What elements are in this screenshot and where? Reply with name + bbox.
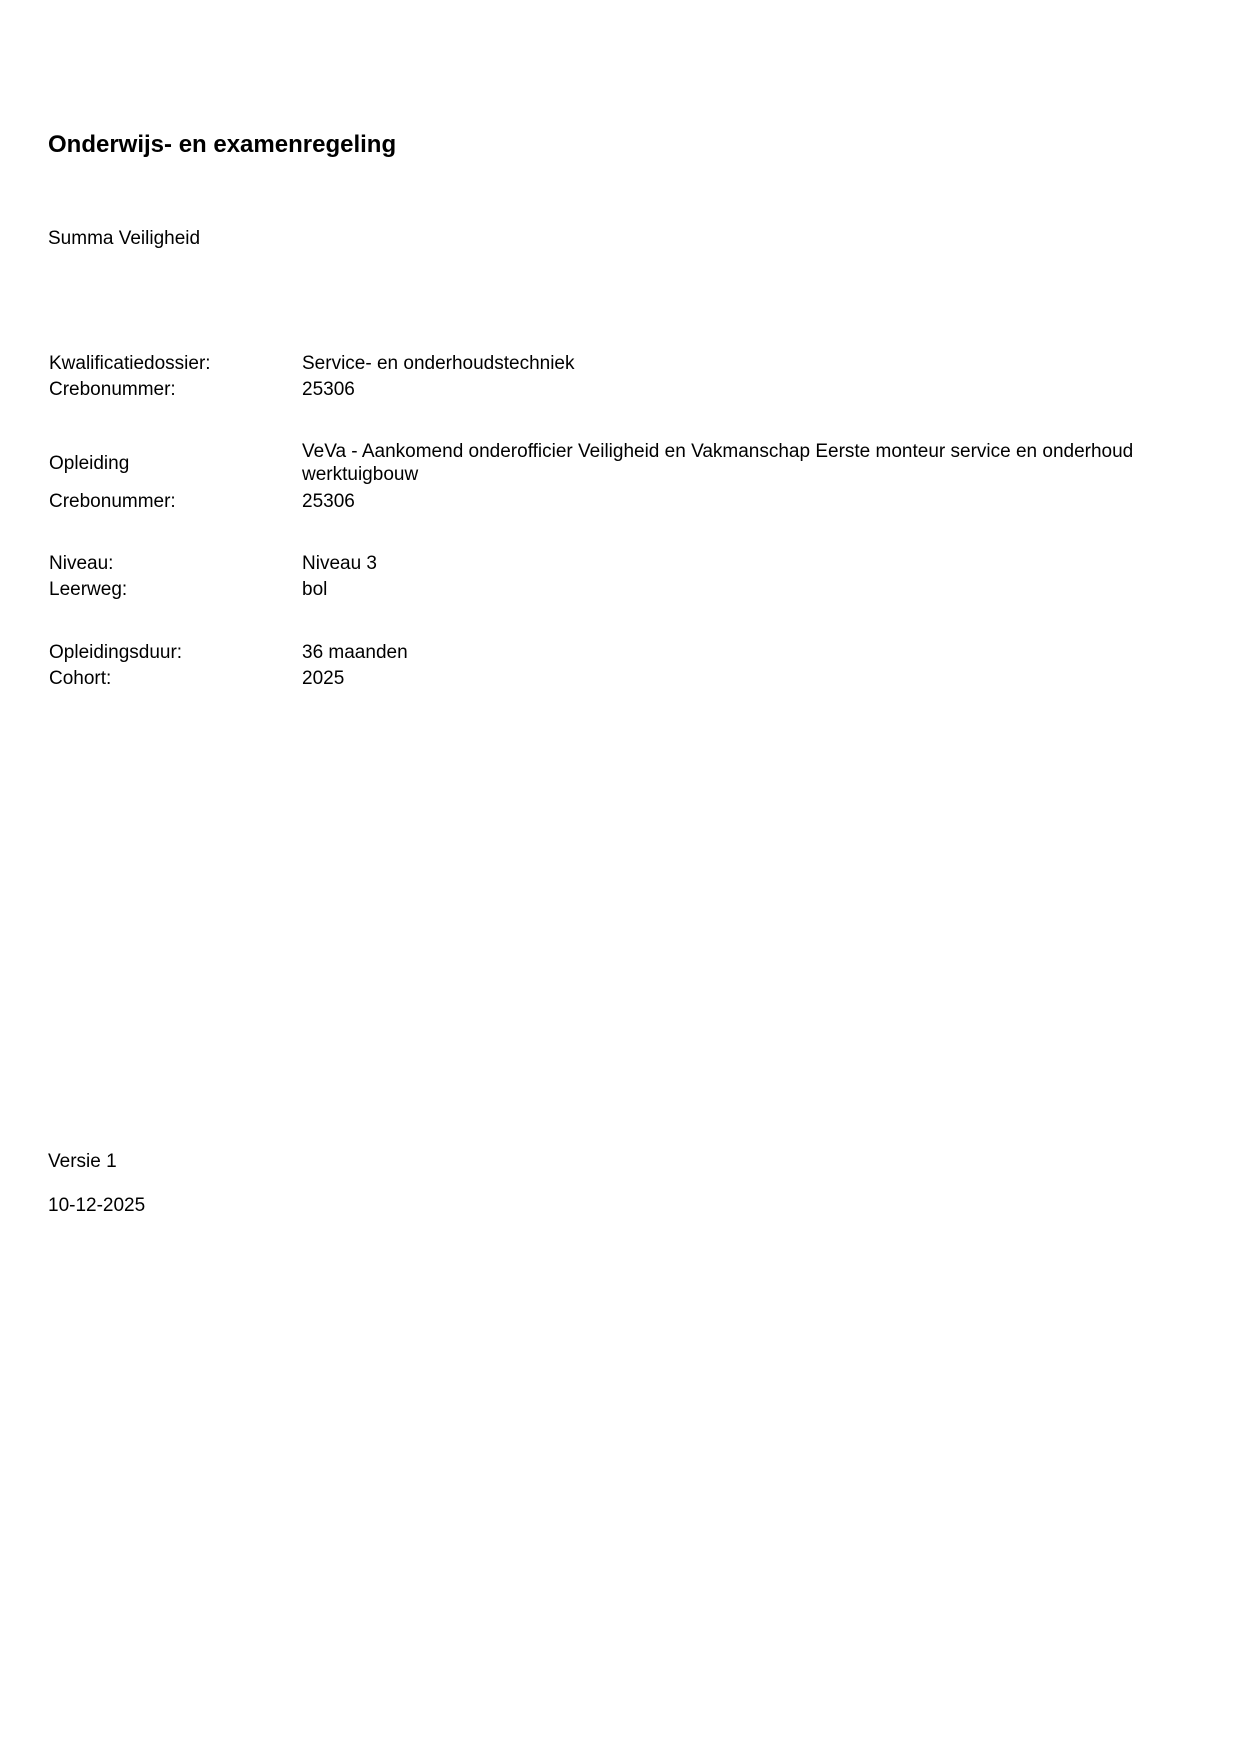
document-date: 10-12-2025 (48, 1194, 145, 1218)
field-label: Crebonummer: (49, 378, 176, 401)
field-value: 36 maanden (302, 641, 1240, 664)
field-label: Opleidingsduur: (49, 641, 182, 664)
field-value: 2025 (302, 667, 1240, 690)
version-label: Versie 1 (48, 1150, 117, 1174)
field-label: Kwalificatiedossier: (49, 352, 211, 375)
field-label: Niveau: (49, 552, 113, 575)
field-label: Opleiding (49, 452, 129, 475)
field-value: 25306 (302, 490, 1240, 513)
field-value: Niveau 3 (302, 552, 1240, 575)
field-value: 25306 (302, 378, 1240, 401)
field-value: Service- en onderhoudstechniek (302, 352, 1240, 375)
field-label: Crebonummer: (49, 490, 176, 513)
field-value: VeVa - Aankomend onderofficier Veilighei… (302, 440, 1240, 486)
field-value: bol (302, 578, 1240, 601)
document-title: Onderwijs- en examenregeling (48, 130, 396, 160)
institution-name: Summa Veiligheid (48, 227, 200, 251)
field-label: Cohort: (49, 667, 111, 690)
field-label: Leerweg: (49, 578, 127, 601)
